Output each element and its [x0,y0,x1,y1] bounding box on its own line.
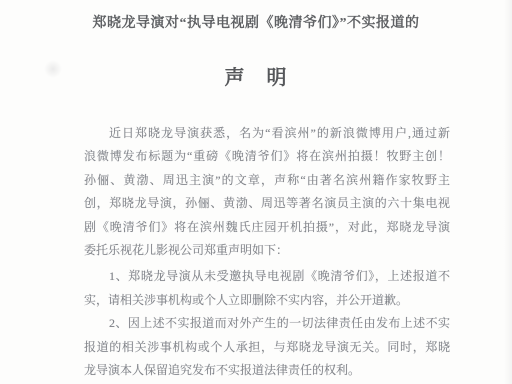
statement-line: 浪微博发布标题为“重磅《晚清爷们》将在滨州拍摄！牧野主创！ [84,145,450,168]
statement-item-2-line: 报道的相关涉事机构或个人承担，与郑晓龙导演无关。同时，郑晓 [84,336,450,359]
statement-body: 近日郑晓龙导演获悉，名为“看滨州”的新浪微博用户,通过新 浪微博发布标题为“重磅… [84,122,450,382]
scanned-statement-document: 郑晓龙导演对“执导电视剧《晚清爷们》”不实报道的 声 明 近日郑晓龙导演获悉，名… [0,0,512,384]
statement-line: 委托乐视花儿影视公司郑重声明如下： [84,239,450,262]
statement-item-2-line: 龙导演本人保留追究发布不实报道法律责任的权利。 [84,359,450,382]
scan-edge-shadow [504,0,512,384]
statement-item-1-line: 实，请相关涉事机构或个人立即删除不实内容，并公开道歉。 [84,289,450,312]
statement-line: 剧《晚清爷们》将在滨州魏氏庄园开机拍摄”，对此，郑晓龙导演 [84,216,450,239]
statement-line: 创，郑晓龙导演，孙俪、黄渤、周迅等著名演员主演的六十集电视 [84,192,450,215]
document-title: 郑晓龙导演对“执导电视剧《晚清爷们》”不实报道的 [0,12,512,32]
statement-item-2-line: 2、因上述不实报道而对外产生的一切法律责任由发布上述不实 [84,312,450,335]
statement-line: 孙俪、黄渤、周迅主演”的文章，声称“由著名滨州籍作家牧野主 [84,169,450,192]
statement-line: 近日郑晓龙导演获悉，名为“看滨州”的新浪微博用户,通过新 [84,122,450,145]
statement-heading: 声 明 [0,61,512,90]
statement-item-1-line: 1、郑晓龙导演从未受邀执导电视剧《晚清爷们》，上述报道不 [84,265,450,288]
